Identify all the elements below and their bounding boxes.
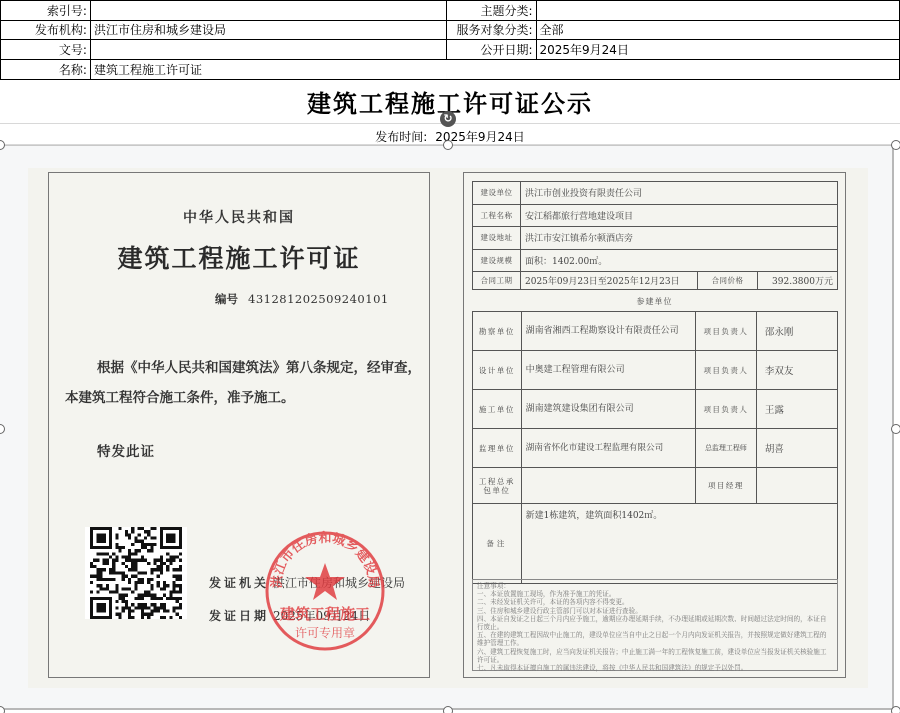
participant-role: 施工单位 <box>473 390 522 429</box>
contract-period-value: 2025年09月23日至2025年12月23日 <box>521 272 698 290</box>
note-line: 七、凡未取得本证擅自施工的属违法建设，将按《中华人民共和国建筑法》的规定予以处罚… <box>477 664 833 672</box>
participant-company <box>521 468 695 504</box>
note-line: 六、建筑工程恢复施工时，应当向发证机关报告；中止施工满一年的工程恢复施工前，建设… <box>477 648 833 664</box>
project-info-table: 建设单位 洪江市创业投资有限责任公司 工程名称 安江稻都旅行营地建设项目 建设地… <box>472 181 838 290</box>
open-date-label: 公开日期: <box>446 40 536 60</box>
note-line: 三、住房和城乡建设行政主管部门可以对本证进行查验。 <box>477 607 833 615</box>
note-line: 四、本证自发证之日起三个月内应予施工，逾期应办理延期手续，不办理延期或延期次数、… <box>477 615 833 631</box>
participant-role: 设计单位 <box>473 351 522 390</box>
participant-role: 监理单位 <box>473 429 522 468</box>
table-row: 工程名称 安江稻都旅行营地建设项目 <box>473 204 838 227</box>
table-row: 施工单位 湖南建筑建设集团有限公司 项目负责人 王露 <box>473 390 838 429</box>
row-key: 建设单位 <box>473 182 521 205</box>
table-row: 建设地址 洪江市安江镇希尔顿酒店旁 <box>473 227 838 250</box>
name-label: 名称: <box>1 59 91 79</box>
table-row: 建设单位 洪江市创业投资有限责任公司 <box>473 182 838 205</box>
participant-person: 胡喜 <box>756 429 837 468</box>
contract-price-value: 392.3800万元 <box>758 272 838 290</box>
participant-person: 李双友 <box>756 351 837 390</box>
publish-time-label: 发布时间: <box>375 130 427 144</box>
participant-role: 勘察单位 <box>473 312 522 351</box>
participant-person: 邵永刚 <box>756 312 837 351</box>
rotate-handle-icon[interactable]: ↻ <box>440 111 456 127</box>
row-value: 洪江市安江镇希尔顿酒店旁 <box>521 227 838 250</box>
note-line: 五、在建的建筑工程因故中止施工的，建设单位应当自中止之日起一个月内向发证机关报告… <box>477 631 833 647</box>
table-row: 备注 新建1栋建筑，建筑面积1402㎡。 <box>473 504 838 584</box>
table-row: 建设规模 面积：1402.00㎡。 <box>473 249 838 272</box>
resize-handle-top[interactable] <box>443 140 453 150</box>
remark-label: 备注 <box>473 504 522 584</box>
service-label: 服务对象分类: <box>446 20 536 40</box>
participant-company: 湖南省湘西工程勘察设计有限责任公司 <box>521 312 695 351</box>
doc-no-value <box>90 40 446 60</box>
participant-person <box>756 468 837 504</box>
qr-code-icon <box>85 527 187 619</box>
resize-handle-bottom[interactable] <box>443 706 453 713</box>
note-line: 注意事项： <box>477 582 833 590</box>
service-value: 全部 <box>536 20 900 40</box>
topic-value <box>536 1 900 21</box>
participant-person-label: 项目负责人 <box>696 351 757 390</box>
participant-person-label: 总监理工程师 <box>696 429 757 468</box>
svg-text:建筑工程施工: 建筑工程施工 <box>280 605 370 623</box>
row-value: 面积：1402.00㎡。 <box>521 249 838 272</box>
topic-label: 主题分类: <box>446 1 536 21</box>
table-row: 合同工期 2025年09月23日至2025年12月23日 合同价格 392.38… <box>473 272 838 290</box>
contract-price-label: 合同价格 <box>698 272 758 290</box>
resize-handle-top-right[interactable] <box>891 140 900 150</box>
participant-company: 中奥建工程管理有限公司 <box>521 351 695 390</box>
resize-handle-right[interactable] <box>891 424 900 434</box>
document-meta-table: 索引号: 主题分类: 发布机构: 洪江市住房和城乡建设局 服务对象分类: 全部 … <box>0 0 900 80</box>
certificate-special: 特发此证 <box>97 440 155 460</box>
index-label: 索引号: <box>1 1 91 21</box>
publisher-label: 发布机构: <box>1 20 91 40</box>
doc-no-label: 文号: <box>1 40 91 60</box>
participant-person-label: 项目经理 <box>696 468 757 504</box>
certificate-title: 建筑工程施工许可证 <box>49 239 429 275</box>
name-value: 建筑工程施工许可证 <box>90 59 899 79</box>
row-key: 建设地址 <box>473 227 521 250</box>
certificate-body: 根据《中华人民共和国建筑法》第八条规定，经审查，本建筑工程符合施工条件，准予施工… <box>65 353 421 413</box>
notes-box: 注意事项：一、本证放置施工现场，作为准予施工的凭证。二、未经发证机关许可，本证的… <box>472 579 838 671</box>
participants-title: 参建单位 <box>464 296 845 307</box>
issuer-label: 发证机关 <box>209 576 269 590</box>
participant-role: 工程总承包单位 <box>473 468 522 504</box>
table-row: 勘察单位 湖南省湘西工程勘察设计有限责任公司 项目负责人 邵永刚 <box>473 312 838 351</box>
row-key: 建设规模 <box>473 249 521 272</box>
official-seal-icon: 洪江市住房和城乡建设局 建筑工程施工 许可专用章 <box>263 529 387 653</box>
participant-person-label: 项目负责人 <box>696 390 757 429</box>
participant-company: 湖南建筑建设集团有限公司 <box>521 390 695 429</box>
row-value: 洪江市创业投资有限责任公司 <box>521 182 838 205</box>
certificate-number-label: 编号 <box>215 292 238 306</box>
certificate-number-value: 431281202509240101 <box>248 292 389 306</box>
participant-company: 湖南省怀化市建设工程监理有限公司 <box>521 429 695 468</box>
certificate-country: 中华人民共和国 <box>49 207 429 227</box>
resize-handle-bottom-right[interactable] <box>891 706 900 713</box>
row-value: 安江稻都旅行营地建设项目 <box>521 204 838 227</box>
participant-person-label: 项目负责人 <box>696 312 757 351</box>
certificate-number: 编号431281202509240101 <box>215 291 389 307</box>
participant-person: 王露 <box>756 390 837 429</box>
svg-text:许可专用章: 许可专用章 <box>295 625 355 640</box>
table-row: 设计单位 中奥建工程管理有限公司 项目负责人 李双友 <box>473 351 838 390</box>
publisher-value: 洪江市住房和城乡建设局 <box>90 20 446 40</box>
issue-date-label: 发证日期 <box>209 609 269 623</box>
permit-certificate-front: 中华人民共和国 建筑工程施工许可证 编号431281202509240101 根… <box>48 172 430 678</box>
table-row: 工程总承包单位 项目经理 <box>473 468 838 504</box>
open-date-value: 2025年9月24日 <box>536 40 900 60</box>
contract-period-label: 合同工期 <box>473 272 521 290</box>
participants-table: 勘察单位 湖南省湘西工程勘察设计有限责任公司 项目负责人 邵永刚 设计单位 中奥… <box>472 311 838 584</box>
index-value <box>90 1 446 21</box>
row-key: 工程名称 <box>473 204 521 227</box>
permit-certificate-details: 建设单位 洪江市创业投资有限责任公司 工程名称 安江稻都旅行营地建设项目 建设地… <box>463 172 846 678</box>
remark-value: 新建1栋建筑，建筑面积1402㎡。 <box>521 504 837 584</box>
note-line: 二、未经发证机关许可，本证的各项内容不得变更。 <box>477 598 833 606</box>
table-row: 监理单位 湖南省怀化市建设工程监理有限公司 总监理工程师 胡喜 <box>473 429 838 468</box>
